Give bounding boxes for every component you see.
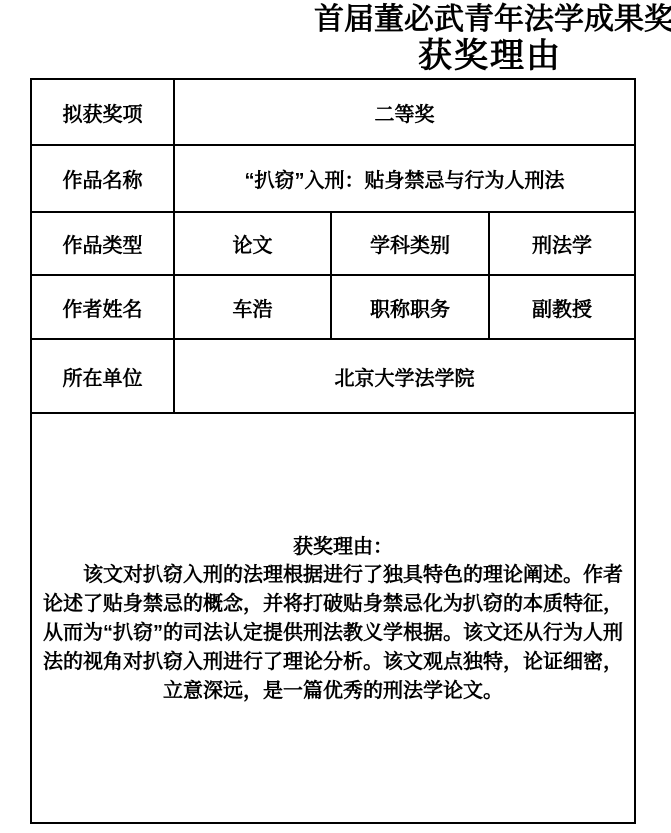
document-title: 首届董必武青年法学成果奖 bbox=[314, 3, 671, 37]
field-label-position: 职称职务 bbox=[331, 275, 489, 339]
field-value-institution: 北京大学法学院 bbox=[174, 339, 635, 413]
field-value-work-type: 论文 bbox=[174, 212, 331, 275]
reason-paragraph: 该文对扒窃入刑的法理根据进行了独具特色的理论阐述。作者论述了贴身禁忌的概念，并将… bbox=[34, 561, 632, 706]
row-award: 拟获奖项 二等奖 bbox=[31, 79, 635, 145]
document-subtitle: 获奖理由 bbox=[418, 38, 562, 76]
field-value-award: 二等奖 bbox=[174, 79, 635, 145]
field-label-author: 作者姓名 bbox=[31, 275, 174, 339]
field-label-work-type: 作品类型 bbox=[31, 212, 174, 275]
field-label-subject: 学科类别 bbox=[331, 212, 489, 275]
row-institution: 所在单位 北京大学法学院 bbox=[31, 339, 635, 413]
field-value-author: 车浩 bbox=[174, 275, 331, 339]
field-label-award: 拟获奖项 bbox=[31, 79, 174, 145]
award-reason-document: 首届董必武青年法学成果奖 获奖理由 拟获奖项 二等奖 作品名称 “扒窃”入刑：贴… bbox=[0, 0, 671, 833]
field-value-work-title: “扒窃”入刑：贴身禁忌与行为人刑法 bbox=[174, 145, 635, 212]
row-reason: 获奖理由： 该文对扒窃入刑的法理根据进行了独具特色的理论阐述。作者论述了贴身禁忌… bbox=[31, 413, 635, 823]
reason-cell: 获奖理由： 该文对扒窃入刑的法理根据进行了独具特色的理论阐述。作者论述了贴身禁忌… bbox=[31, 413, 635, 823]
row-author-position: 作者姓名 车浩 职称职务 副教授 bbox=[31, 275, 635, 339]
award-form-table: 拟获奖项 二等奖 作品名称 “扒窃”入刑：贴身禁忌与行为人刑法 作品类型 论文 … bbox=[30, 78, 636, 824]
reason-label: 获奖理由： bbox=[34, 533, 632, 561]
field-label-institution: 所在单位 bbox=[31, 339, 174, 413]
row-work-title: 作品名称 “扒窃”入刑：贴身禁忌与行为人刑法 bbox=[31, 145, 635, 212]
row-type-subject: 作品类型 论文 学科类别 刑法学 bbox=[31, 212, 635, 275]
field-value-subject: 刑法学 bbox=[489, 212, 635, 275]
field-label-work-title: 作品名称 bbox=[31, 145, 174, 212]
field-value-position: 副教授 bbox=[489, 275, 635, 339]
